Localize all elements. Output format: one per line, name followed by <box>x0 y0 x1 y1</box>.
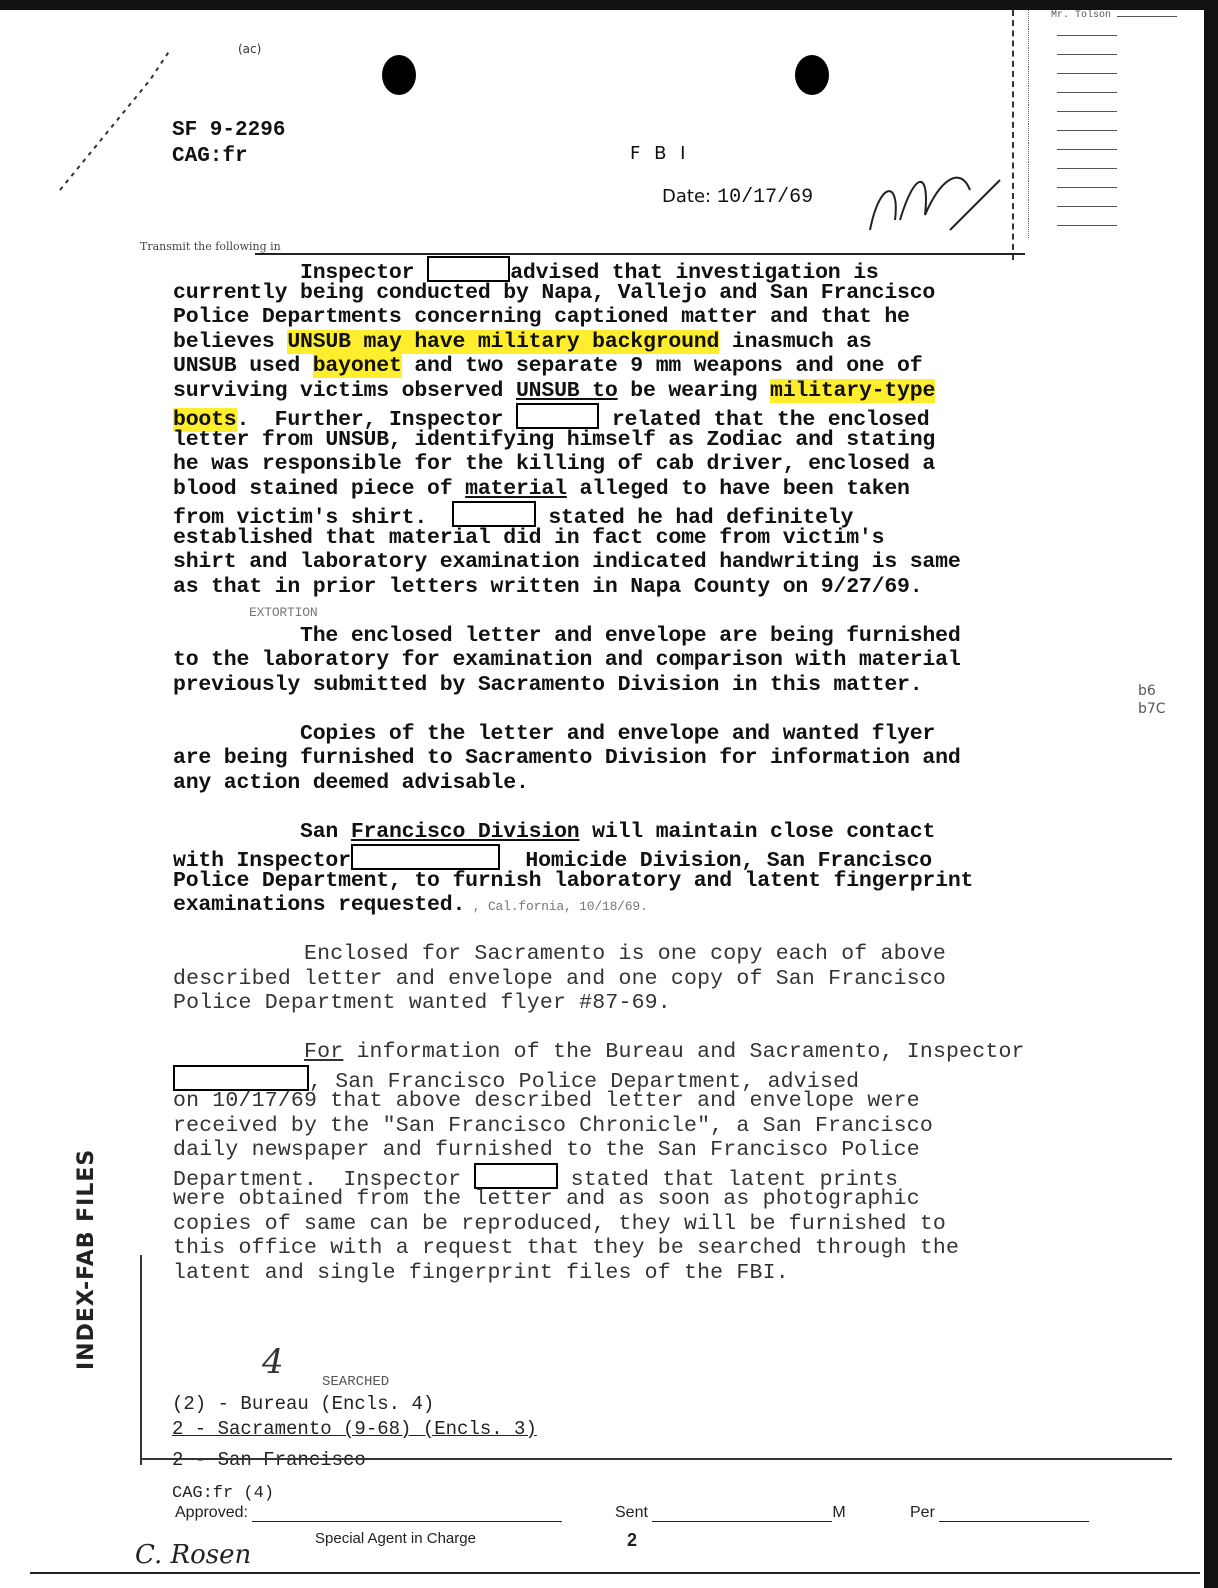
text-segment: be wearing <box>618 379 770 403</box>
handwritten-signature: C. Rosen <box>135 1540 251 1570</box>
text-segment: alleged to have been taken <box>567 477 910 501</box>
distribution-list: 4 SEARCHED (2) - Bureau (Encls. 4) 2 - S… <box>172 1392 537 1506</box>
routing-row <box>1028 29 1206 48</box>
text-line: are being furnished to Sacramento Divisi… <box>173 746 1173 771</box>
text-line: currently being conducted by Napa, Valle… <box>173 281 1173 306</box>
text-segment: any action deemed advisable. <box>173 771 529 795</box>
text-segment: he was responsible for the killing of ca… <box>173 452 935 476</box>
text-line: from victim's shirt. stated he had defin… <box>173 501 1173 526</box>
routing-box: Mr. Tolson <box>1012 10 1206 260</box>
routing-row: Mr. Tolson <box>1028 10 1206 29</box>
text-segment: Police Department wanted flyer #87-69. <box>173 991 671 1015</box>
file-number: SF 9-2296 <box>172 118 285 144</box>
text-line: previously submitted by Sacramento Divis… <box>173 673 1173 698</box>
text-line: For information of the Bureau and Sacram… <box>173 1040 1173 1065</box>
underlined-text: Francisco Division <box>351 820 580 844</box>
sent-field: Sent M <box>615 1504 846 1522</box>
text-segment: will maintain close contact <box>579 820 935 844</box>
stamped-annotation: , Cal.fornia, 10/18/69. <box>465 899 647 914</box>
text-line: any action deemed advisable. <box>173 771 1173 796</box>
text-segment: are being furnished to Sacramento Divisi… <box>173 746 961 770</box>
text-line: were obtained from the letter and as soo… <box>173 1187 1173 1212</box>
text-line: Department. Inspector stated that latent… <box>173 1163 1173 1188</box>
routing-row <box>1028 48 1206 67</box>
text-line: Police Department, to furnish laboratory… <box>173 869 1173 894</box>
routing-row <box>1028 86 1206 105</box>
highlighted-text: bayonet <box>313 354 402 378</box>
per-blank <box>939 1507 1089 1522</box>
text-line: UNSUB used bayonet and two separate 9 mm… <box>173 354 1173 379</box>
routing-row <box>1028 105 1206 124</box>
paragraph-p6: For information of the Bureau and Sacram… <box>173 1040 1173 1285</box>
stamped-annotation: EXTORTION <box>173 605 317 620</box>
agency-header: F B I <box>630 143 689 164</box>
text-segment: inasmuch as <box>719 330 871 354</box>
distribution-item: 2 - Sacramento (9-68) (Encls. 3) <box>172 1417 537 1442</box>
routing-row <box>1028 162 1206 181</box>
routing-row <box>1028 219 1206 238</box>
paragraph-p4: San Francisco Division will maintain clo… <box>173 820 1173 943</box>
paragraph-p5: Enclosed for Sacramento is one copy each… <box>173 942 1173 1040</box>
routing-row <box>1028 67 1206 86</box>
approved-field: Approved: <box>175 1504 562 1522</box>
text-line: received by the "San Francisco Chronicle… <box>173 1114 1173 1139</box>
scan-top-border <box>0 0 1218 10</box>
file-reference: SF 9-2296 CAG:fr <box>172 118 285 170</box>
underlined-text: material <box>465 477 567 501</box>
text-line: examinations requested. , Cal.fornia, 10… <box>173 893 1173 918</box>
text-segment: letter from UNSUB, identifying himself a… <box>173 428 935 452</box>
text-segment: and two separate 9 mm weapons and one of <box>402 354 923 378</box>
handwritten-initials <box>860 160 1010 240</box>
page-mark: 2 <box>627 1530 637 1551</box>
text-line: this office with a request that they be … <box>173 1236 1173 1261</box>
text-line <box>173 697 1173 722</box>
scan-right-border <box>1204 0 1218 1588</box>
highlighted-text: military-type <box>770 379 935 403</box>
text-line: he was responsible for the killing of ca… <box>173 452 1173 477</box>
text-segment: Enclosed for Sacramento is one copy each… <box>173 942 946 966</box>
text-segment: previously submitted by Sacramento Divis… <box>173 673 922 697</box>
text-line: Police Departments concerning captioned … <box>173 305 1173 330</box>
underlined-text: UNSUB to <box>516 379 618 403</box>
stamp-bracket-line <box>140 1255 142 1465</box>
exemption-code: b6 <box>1138 682 1166 700</box>
text-segment: information of the Bureau and Sacramento… <box>343 1040 1024 1064</box>
text-segment: shirt and laboratory examination indicat… <box>173 550 961 574</box>
redaction-box <box>452 501 535 527</box>
text-segment: currently being conducted by Napa, Valle… <box>173 281 935 305</box>
text-segment: on 10/17/69 that above described letter … <box>173 1089 920 1113</box>
routing-row <box>1028 200 1206 219</box>
text-segment: this office with a request that they be … <box>173 1236 959 1260</box>
text-line: The enclosed letter and envelope are bei… <box>173 624 1173 649</box>
text-line: EXTORTION <box>173 599 1173 624</box>
approved-label: Approved: <box>175 1504 248 1521</box>
searched-stamp: SEARCHED <box>322 1370 389 1395</box>
text-segment: latent and single fingerprint files of t… <box>173 1261 789 1285</box>
text-segment: The enclosed letter and envelope are bei… <box>173 624 961 648</box>
text-segment: examinations requested. <box>173 893 465 917</box>
transmit-label: Transmit the following in <box>140 240 281 253</box>
scan-bottom-rule <box>30 1572 1200 1574</box>
sent-blank <box>652 1507 832 1522</box>
per-field: Per <box>910 1504 1089 1522</box>
paragraph-p1: Inspector advised that investigation isc… <box>173 256 1173 599</box>
corner-mark: (ac) <box>238 42 261 56</box>
redaction-box <box>427 256 510 282</box>
sac-label: Special Agent in Charge <box>315 1530 476 1547</box>
punch-hole-left <box>382 55 416 95</box>
text-segment: as that in prior letters written in Napa… <box>173 575 922 599</box>
redaction-box <box>173 1065 309 1091</box>
text-segment: were obtained from the letter and as soo… <box>173 1187 920 1211</box>
text-segment: blood stained piece of <box>173 477 465 501</box>
paragraph-p2: EXTORTION The enclosed letter and envelo… <box>173 599 1173 722</box>
text-segment: UNSUB used <box>173 354 313 378</box>
text-segment: Police Department, to furnish laboratory… <box>173 869 973 893</box>
distribution-item: 2 - San Francisco <box>172 1448 537 1473</box>
text-line <box>173 1016 1173 1041</box>
text-line: surviving victims observed UNSUB to be w… <box>173 379 1173 404</box>
text-segment: copies of same can be reproduced, they w… <box>173 1212 946 1236</box>
approval-footer: Approved: Sent M Per Special Agent in Ch… <box>175 1504 1175 1564</box>
date-line: Date:10/17/69 <box>662 186 813 209</box>
text-line: latent and single fingerprint files of t… <box>173 1261 1173 1286</box>
transmit-rule <box>255 253 1025 255</box>
redaction-box <box>516 403 599 429</box>
approved-blank <box>252 1507 562 1522</box>
foia-exemptions: b6 b7C <box>1138 682 1166 718</box>
text-segment: daily newspaper and furnished to the San… <box>173 1138 920 1162</box>
text-line: letter from UNSUB, identifying himself a… <box>173 428 1173 453</box>
index-stamp: INDEX-FAB FILES <box>74 1149 99 1370</box>
routing-row <box>1028 181 1206 200</box>
dictation-initials: CAG:fr <box>172 144 285 170</box>
exemption-code: b7C <box>1138 700 1166 718</box>
distribution-item: (2) - Bureau (Encls. 4) <box>172 1392 537 1417</box>
redaction-box <box>474 1163 557 1189</box>
text-segment: Copies of the letter and envelope and wa… <box>173 722 935 746</box>
text-line: blood stained piece of material alleged … <box>173 477 1173 502</box>
text-segment <box>173 1040 304 1064</box>
dictation-count: CAG:fr (4) <box>172 1481 537 1506</box>
text-line: to the laboratory for examination and co… <box>173 648 1173 673</box>
distribution-rule <box>142 1458 1172 1460</box>
text-segment: Police Departments concerning captioned … <box>173 305 910 329</box>
text-segment: San <box>173 820 351 844</box>
text-segment: surviving victims observed <box>173 379 516 403</box>
m-label: M <box>832 1504 845 1521</box>
text-line <box>173 795 1173 820</box>
redaction-box <box>351 844 500 870</box>
text-line: as that in prior letters written in Napa… <box>173 575 1173 600</box>
per-label: Per <box>910 1504 935 1521</box>
punch-hole-right <box>795 55 829 95</box>
text-line: established that material did in fact co… <box>173 526 1173 551</box>
text-segment: to the laboratory for examination and co… <box>173 648 961 672</box>
text-line: San Francisco Division will maintain clo… <box>173 820 1173 845</box>
text-line: believes UNSUB may have military backgro… <box>173 330 1173 355</box>
highlighted-text: UNSUB may have military background <box>287 330 719 354</box>
text-line: copies of same can be reproduced, they w… <box>173 1212 1173 1237</box>
text-line: shirt and laboratory examination indicat… <box>173 550 1173 575</box>
text-segment: described letter and envelope and one co… <box>173 967 946 991</box>
text-line: Police Department wanted flyer #87-69. <box>173 991 1173 1016</box>
date-value: 10/17/69 <box>717 186 813 209</box>
date-label: Date: <box>662 186 711 207</box>
text-line: Copies of the letter and envelope and wa… <box>173 722 1173 747</box>
text-line <box>173 918 1173 943</box>
paragraph-p3: Copies of the letter and envelope and wa… <box>173 722 1173 820</box>
text-line: boots. Further, Inspector related that t… <box>173 403 1173 428</box>
routing-row <box>1028 124 1206 143</box>
memo-body: Inspector advised that investigation isc… <box>173 256 1173 1285</box>
text-line: Inspector advised that investigation is <box>173 256 1173 281</box>
text-segment: believes <box>173 330 287 354</box>
text-line: described letter and envelope and one co… <box>173 967 1173 992</box>
text-line: with Inspector Homicide Division, San Fr… <box>173 844 1173 869</box>
underlined-text: For <box>304 1040 343 1064</box>
text-segment: received by the "San Francisco Chronicle… <box>173 1114 933 1138</box>
text-line: on 10/17/69 that above described letter … <box>173 1089 1173 1114</box>
text-line: , San Francisco Police Department, advis… <box>173 1065 1173 1090</box>
handwritten-count: 4 <box>262 1350 284 1375</box>
margin-scratch-line <box>20 10 220 210</box>
text-line: Enclosed for Sacramento is one copy each… <box>173 942 1173 967</box>
sent-label: Sent <box>615 1504 648 1521</box>
text-segment: established that material did in fact co… <box>173 526 884 550</box>
routing-row <box>1028 143 1206 162</box>
text-line: daily newspaper and furnished to the San… <box>173 1138 1173 1163</box>
